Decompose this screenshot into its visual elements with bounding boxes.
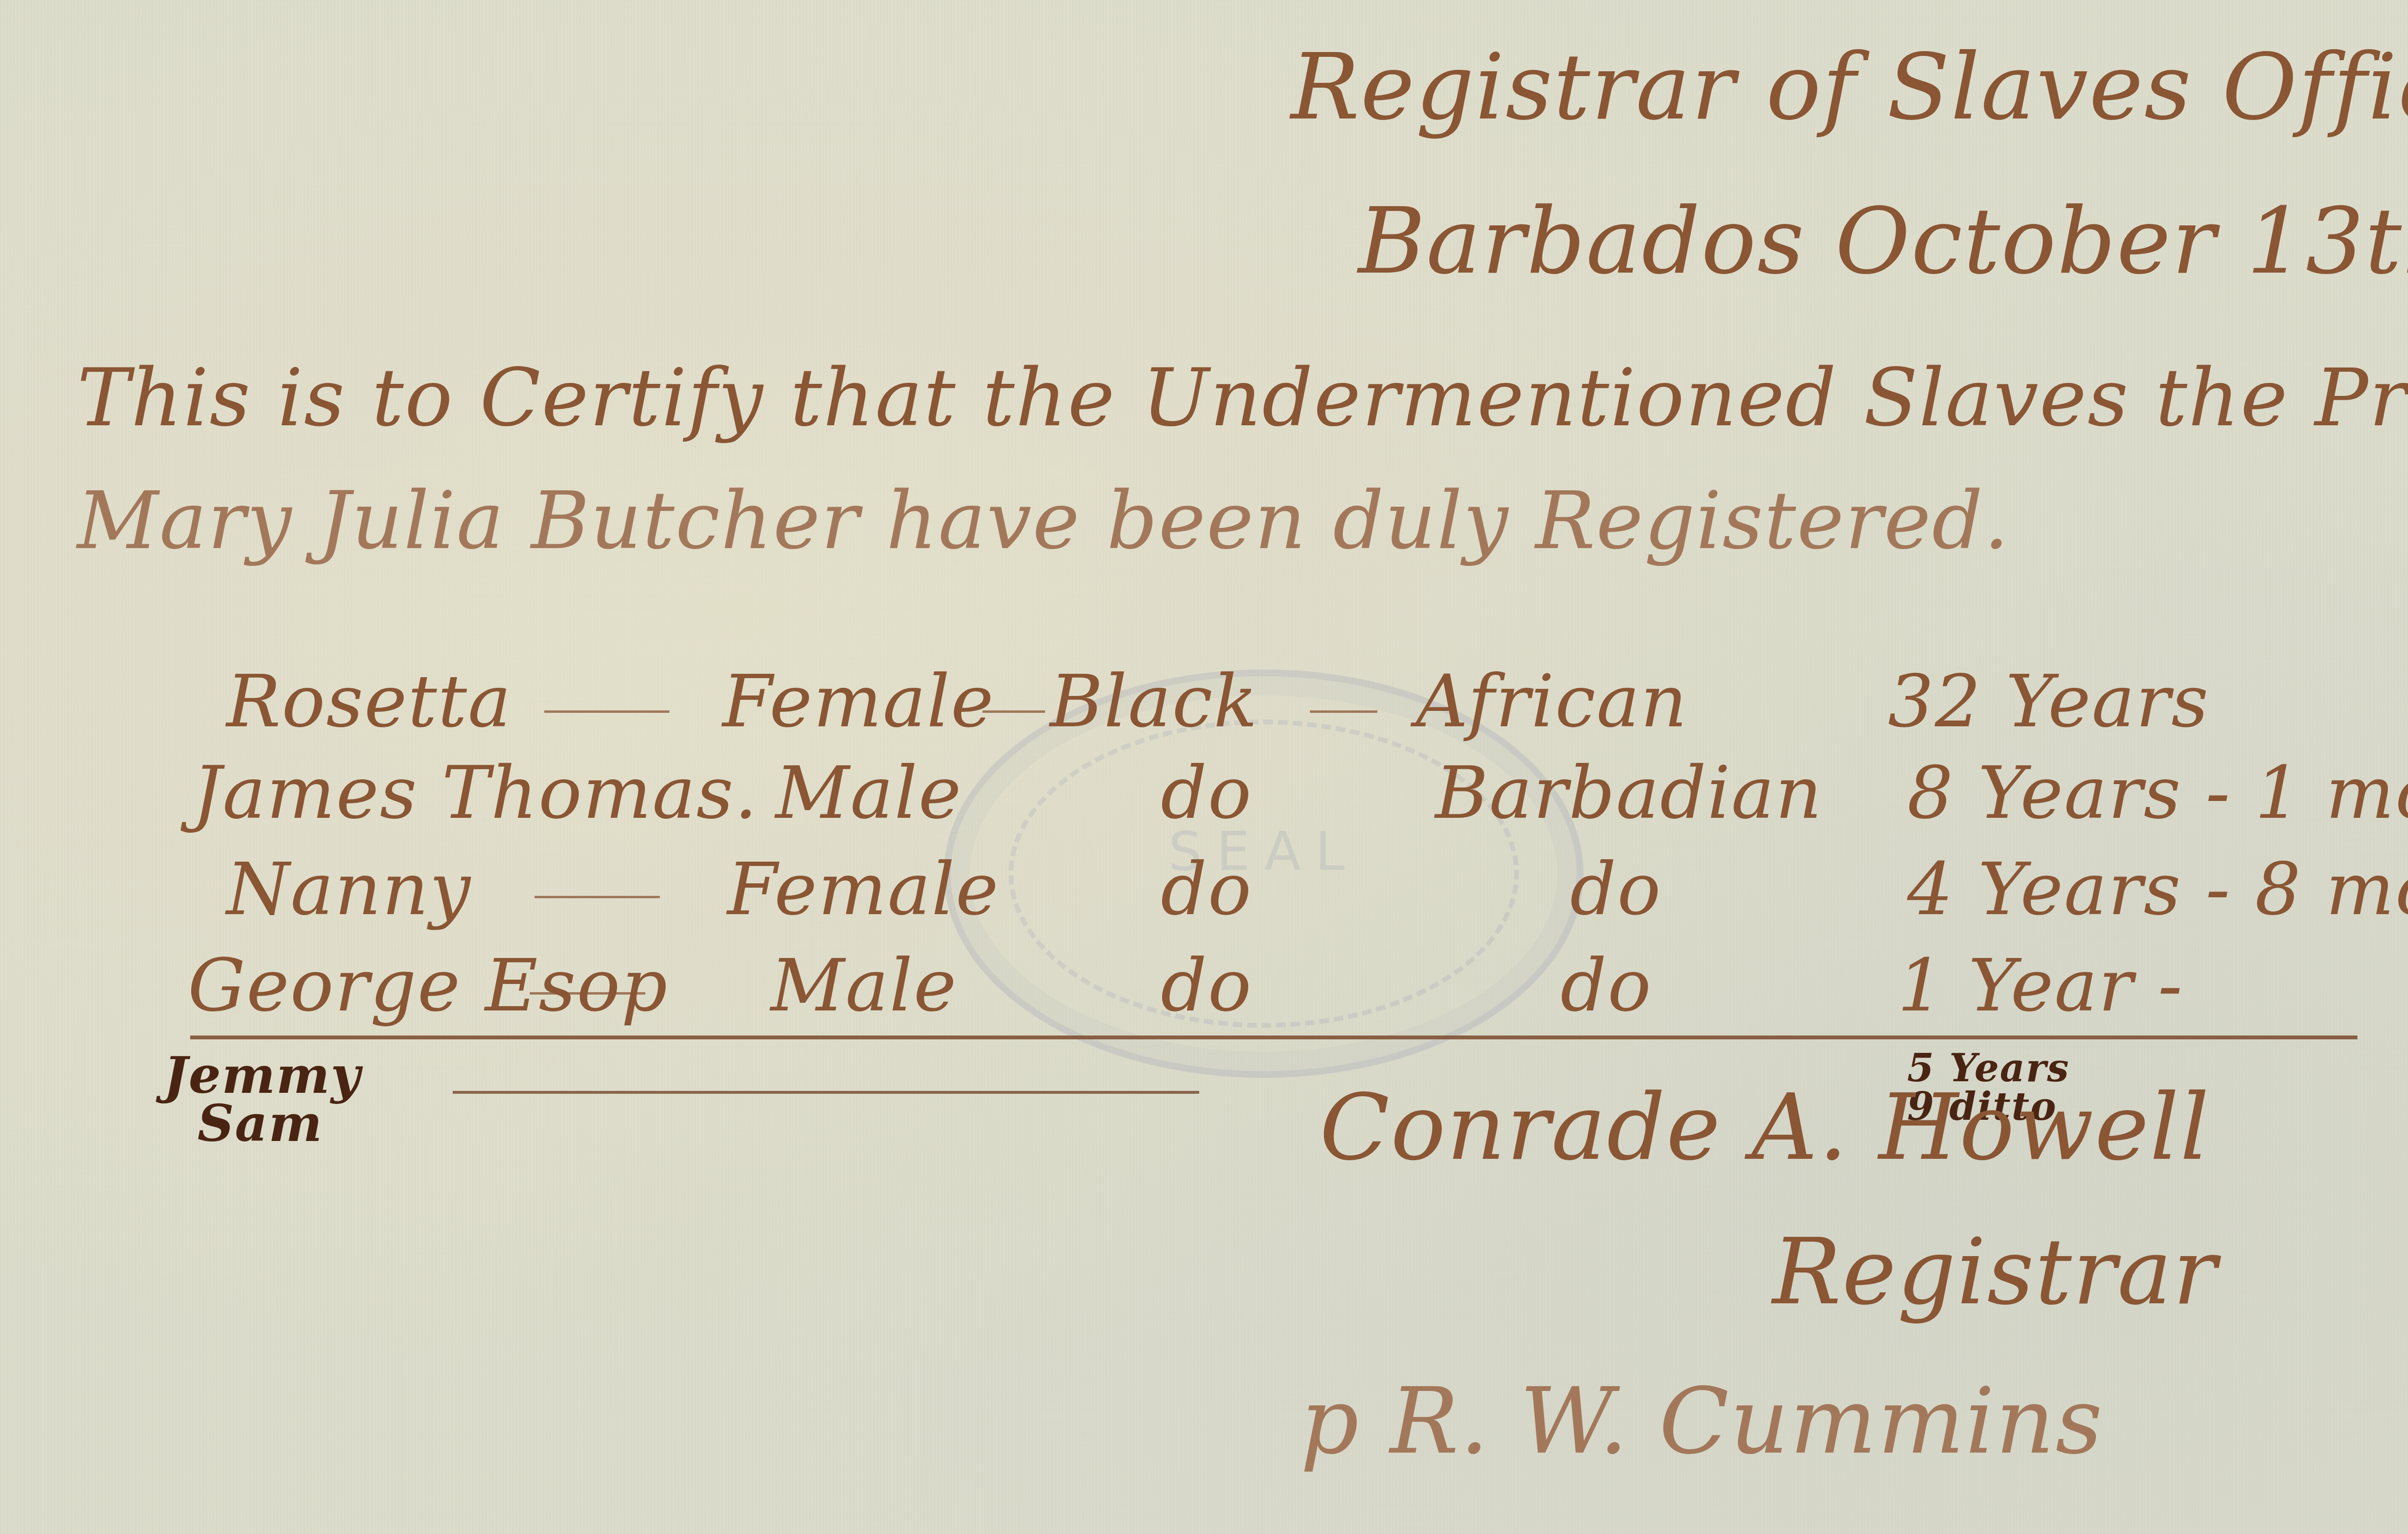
row-colour: do (1161, 848, 1252, 931)
row-dash (1310, 710, 1377, 713)
row-dash (530, 992, 645, 995)
row-dash (982, 710, 1045, 713)
row-dash (544, 710, 669, 713)
row-age: 32 Years (1888, 660, 2209, 744)
row-age: 4 Years - 8 months (1907, 848, 2408, 931)
row-sex: Female (727, 848, 999, 931)
row-origin: do (1560, 944, 1652, 1028)
row-name: James Thomas. (193, 751, 759, 835)
row-origin: Barbadian (1435, 751, 1823, 835)
row-colour: Black (1050, 660, 1258, 744)
signature-per: p R. W. Cummins (1300, 1368, 2103, 1474)
row-name: Nanny (226, 848, 471, 931)
office-heading: Registrar of Slaves Office (1291, 34, 2408, 140)
note-dash (453, 1091, 1199, 1094)
place-date: Barbados October 13th 1823 (1358, 188, 2408, 294)
row-origin: African (1416, 660, 1688, 744)
signature-name: Conrade A. Howell (1320, 1074, 2210, 1180)
row-name: Rosetta (226, 660, 512, 744)
row-origin: do (1570, 848, 1662, 931)
row-sex: Female (722, 660, 995, 744)
row-sex: Male (775, 751, 962, 835)
document-page: SEAL Registrar of Slaves Office Barbados… (0, 0, 2408, 1534)
signature-title: Registrar (1772, 1219, 2218, 1325)
row-sex: Male (771, 944, 957, 1028)
table-bottom-rule (190, 1036, 2357, 1039)
certification-line-1: This is to Certify that the Undermention… (77, 352, 2408, 444)
row-dash (535, 896, 660, 898)
row-age: 1 Year - (1898, 944, 2183, 1028)
row-colour: do (1161, 751, 1252, 835)
row-colour: do (1161, 944, 1252, 1028)
certification-line-2: Mary Julia Butcher have been duly Regist… (77, 474, 2010, 567)
row-age: 8 Years - 1 month (1907, 751, 2408, 835)
row-name: George Esop (188, 944, 668, 1028)
note-sam: Sam (197, 1093, 323, 1153)
